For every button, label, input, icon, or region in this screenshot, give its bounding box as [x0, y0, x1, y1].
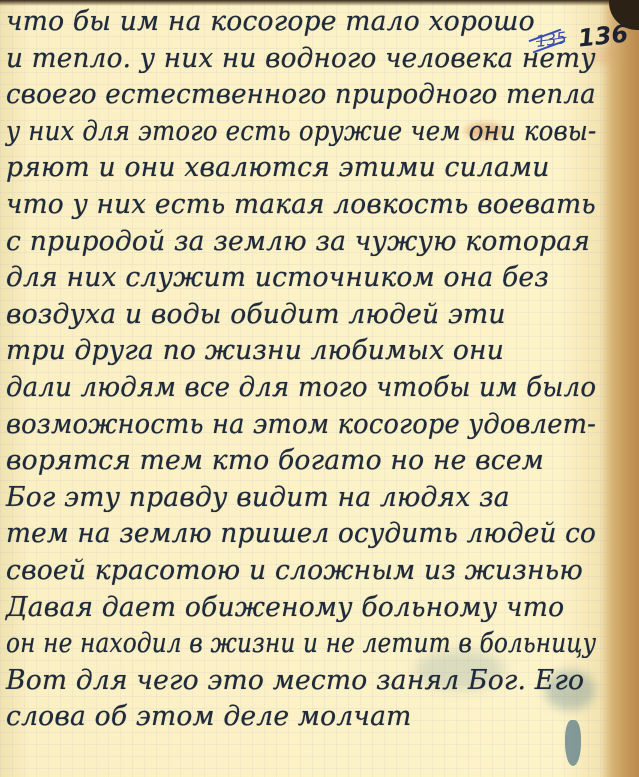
- handwritten-line: Давая дает обиженому больному что: [6, 590, 596, 627]
- handwritten-line: ворятся тем кто богато но не всем: [6, 443, 596, 480]
- handwritten-text-body: что бы им на косогоре тало хорошои тепло…: [6, 4, 606, 736]
- notebook-page: 135 136 что бы им на косогоре тало хорош…: [0, 0, 639, 777]
- handwritten-line: что бы им на косогоре тало хорошо: [6, 4, 596, 41]
- handwritten-line: три друга по жизни любимых они: [6, 333, 596, 370]
- handwritten-line: у них для этого есть оружие чем они ковы…: [6, 114, 549, 151]
- handwritten-line: дали людям все для того чтобы им было: [6, 370, 583, 407]
- handwritten-line: ряют и они хвалются этими силами: [6, 150, 596, 187]
- handwritten-line: с природой за землю за чужую которая: [6, 224, 596, 261]
- handwritten-line: своего естественного природного тепла: [6, 77, 584, 114]
- handwritten-line: воздуха и воды обидит людей эти: [6, 297, 596, 334]
- handwritten-line: он не находил в жизни и не летит в больн…: [6, 626, 521, 663]
- handwritten-line: возможность на этом косогоре удовлет-: [6, 407, 577, 444]
- handwritten-line: слова об этом деле молчат: [6, 699, 596, 736]
- handwritten-line: что у них есть такая ловкость воевать: [6, 187, 592, 224]
- handwritten-line: тем на землю пришел осудить людей со: [6, 516, 590, 553]
- handwritten-line: для них служит источником она без: [6, 260, 596, 297]
- handwritten-line: и тепло. у них ни водного человека нету: [6, 41, 590, 78]
- handwritten-line: Бог эту правду видит на людях за: [6, 480, 596, 517]
- handwritten-line: Вот для чего это место занял Бог. Его: [6, 663, 596, 700]
- handwritten-line: своей красотою и сложным из жизнью: [6, 553, 596, 590]
